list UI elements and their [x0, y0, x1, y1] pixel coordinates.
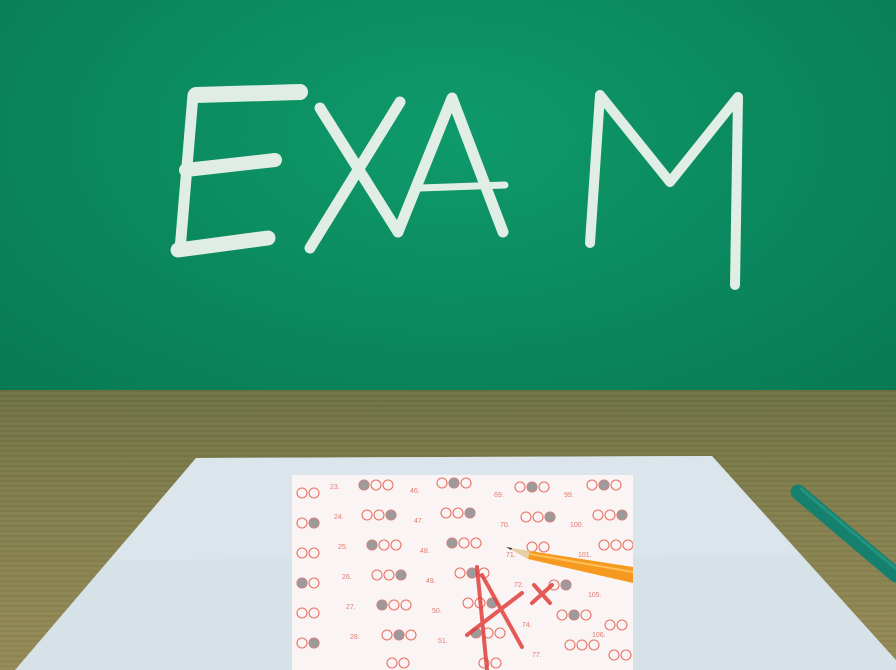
svg-text:25.: 25.: [338, 544, 348, 551]
svg-text:47.: 47.: [414, 518, 424, 525]
svg-text:72.: 72.: [514, 582, 524, 589]
svg-text:28.: 28.: [350, 634, 360, 641]
svg-text:49.: 49.: [426, 578, 436, 585]
green-pencil: [798, 488, 896, 575]
svg-text:106.: 106.: [592, 632, 606, 639]
svg-text:24.: 24.: [334, 514, 344, 521]
bubble-column-2: [359, 480, 416, 668]
chalk-word-exam: [178, 92, 738, 285]
svg-text:27.: 27.: [346, 604, 356, 611]
answer-bubble-sheet: 23.24.25. 26.27.28. 46.47.48. 49.50.51. …: [292, 475, 633, 670]
bubble-column-1: [297, 488, 319, 648]
exam-scene: 23.24.25. 26.27.28. 46.47.48. 49.50.51. …: [0, 0, 896, 670]
svg-text:46.: 46.: [410, 488, 420, 495]
bubble-grid: 23.24.25. 26.27.28. 46.47.48. 49.50.51. …: [292, 475, 633, 670]
svg-text:101.: 101.: [578, 552, 592, 559]
svg-text:50.: 50.: [432, 608, 442, 615]
svg-text:26.: 26.: [342, 574, 352, 581]
svg-text:69.: 69.: [494, 492, 504, 499]
svg-text:70.: 70.: [500, 522, 510, 529]
svg-text:99.: 99.: [564, 492, 574, 499]
svg-text:105.: 105.: [588, 592, 602, 599]
orange-pencil: [506, 547, 633, 583]
svg-text:23.: 23.: [330, 484, 340, 491]
svg-text:74.: 74.: [522, 622, 532, 629]
svg-text:77.: 77.: [532, 652, 542, 659]
svg-text:100.: 100.: [570, 522, 584, 529]
svg-text:71.: 71.: [506, 552, 516, 559]
svg-text:51.: 51.: [438, 638, 448, 645]
svg-text:48.: 48.: [420, 548, 430, 555]
